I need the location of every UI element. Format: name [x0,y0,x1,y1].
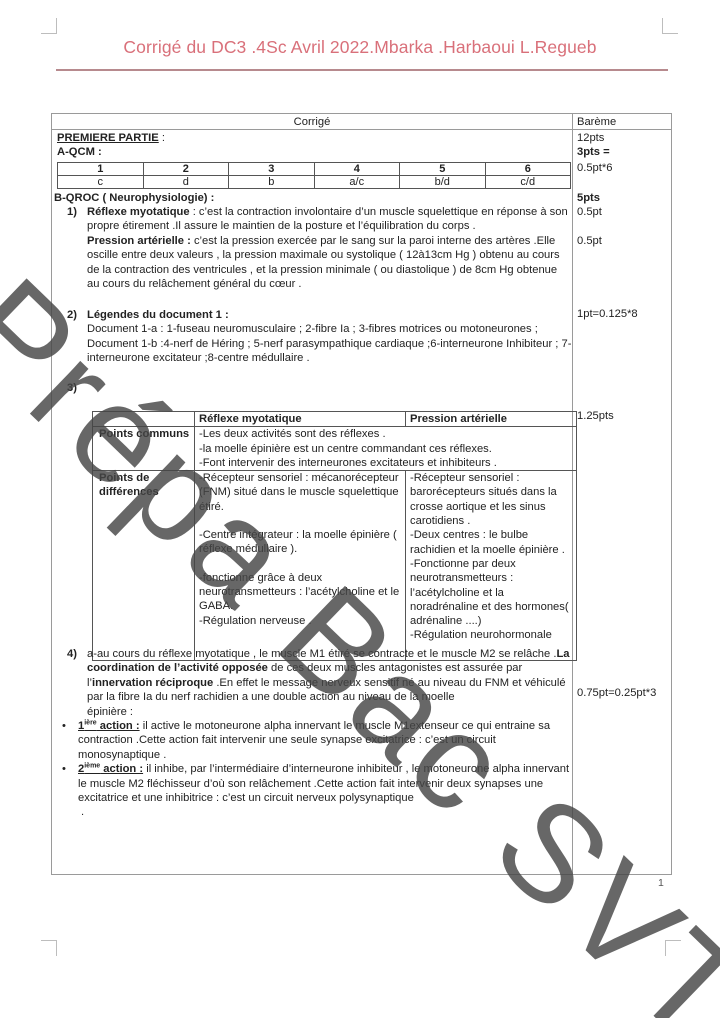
qcm-question: 6 [485,163,571,176]
pression-definition: Pression artérielle : c’est la pression … [87,234,572,292]
crop-mark-top-left [41,18,57,34]
part1-title: PREMIERE PARTIE : [57,131,572,145]
bareme-q1-reflexe: 0.5pt [577,205,602,219]
bareme-qroc-total: 5pts [577,191,600,205]
bareme-q4: 0.75pt=0.25pt*3 [577,686,656,700]
bullet-icon: • [62,719,66,733]
question-number: 2) [67,308,77,322]
qcm-answer: b [229,176,315,189]
crop-mark-bottom-right [665,940,681,956]
qcm-answer-row: c d b a/c b/d c/d [58,176,571,189]
qcm-question: 5 [400,163,486,176]
row-label-differences: Points de différences [93,471,195,661]
question-2: 2) Légendes du document 1 : Document 1-a… [57,308,572,366]
question-4: 4) a-au cours du réflexe myotatique , le… [57,647,572,820]
reflexe-definition: Réflexe myotatique : c’est la contractio… [87,205,572,234]
qcm-answer: d [143,176,229,189]
question-number: 3) [67,381,77,395]
qcm-question: 4 [314,163,400,176]
header-corrige: Corrigé [52,115,572,129]
qcm-question: 1 [58,163,144,176]
q4-paragraph-tail: épinière : [87,705,572,719]
qcm-label: A-QCM : [57,145,572,159]
q4-paragraph: a-au cours du réflexe myotatique , le mu… [87,647,572,705]
legend-document-1a: Document 1-a : 1-fuseau neuromusculaire … [87,322,572,336]
correction-table: Corrigé Barème 12pts 3pts = 0.5pt*6 5pts… [51,113,672,875]
bullet-icon: • [62,762,66,776]
question-number: 1) [67,205,77,219]
comparison-table: Réflexe myotatique Pression artérielle P… [92,411,577,661]
comparison-header-row: Réflexe myotatique Pression artérielle [93,412,577,427]
qcm-question: 2 [143,163,229,176]
diff-reflexe-cell: -Récepteur sensoriel : mécanorécepteur (… [195,471,406,661]
action-2: • 2ième action : il inhibe, par l’interm… [78,762,572,820]
legend-title: Légendes du document 1 : [87,308,572,322]
qcm-answer-table: 1 2 3 4 5 6 c d b a/c b/d c/d [57,162,571,189]
bareme-qcm-total: 3pts = [577,145,610,159]
col-reflexe: Réflexe myotatique [195,412,406,427]
bareme-part1-total: 12pts [577,131,604,145]
bareme-qcm-detail: 0.5pt*6 [577,161,612,175]
action-1: • 1ière action : il active le motoneuron… [78,719,572,762]
header-rule [56,69,668,71]
crop-mark-top-right [662,18,678,34]
legend-document-1b: Document 1-b :4-nerf de Héring ; 5-nerf … [87,337,572,366]
question-1: 1) Réflexe myotatique : c’est la contrac… [57,205,572,291]
crop-mark-bottom-left [41,940,57,956]
qcm-answer: b/d [400,176,486,189]
bareme-q1-pression: 0.5pt [577,234,602,248]
col-pression: Pression artérielle [406,412,577,427]
comparison-row-differences: Points de différences -Récepteur sensori… [93,471,577,661]
diff-pression-cell: -Récepteur sensoriel : barorécepteurs si… [406,471,577,661]
question-number: 4) [67,647,77,661]
qcm-question: 3 [229,163,315,176]
document-header-title: Corrigé du DC3 .4Sc Avril 2022.Mbarka .H… [0,40,720,54]
qcm-answer: c/d [485,176,571,189]
comparison-row-communs: Points communs -Les deux activités sont … [93,427,577,471]
bareme-q3: 1.25pts [577,409,614,423]
qcm-answer: a/c [314,176,400,189]
header-bareme: Barème [577,115,616,129]
qcm-question-row: 1 2 3 4 5 6 [58,163,571,176]
bareme-q2: 1pt=0.125*8 [577,307,638,321]
qcm-answer: c [58,176,144,189]
qroc-label: B-QROC ( Neurophysiologie) : [54,191,569,205]
row-label-communs: Points communs [93,427,195,471]
page-number: 1 [658,876,664,890]
communs-cell: -Les deux activités sont des réflexes . … [195,427,577,471]
correction-table-header: Corrigé Barème [52,114,671,130]
